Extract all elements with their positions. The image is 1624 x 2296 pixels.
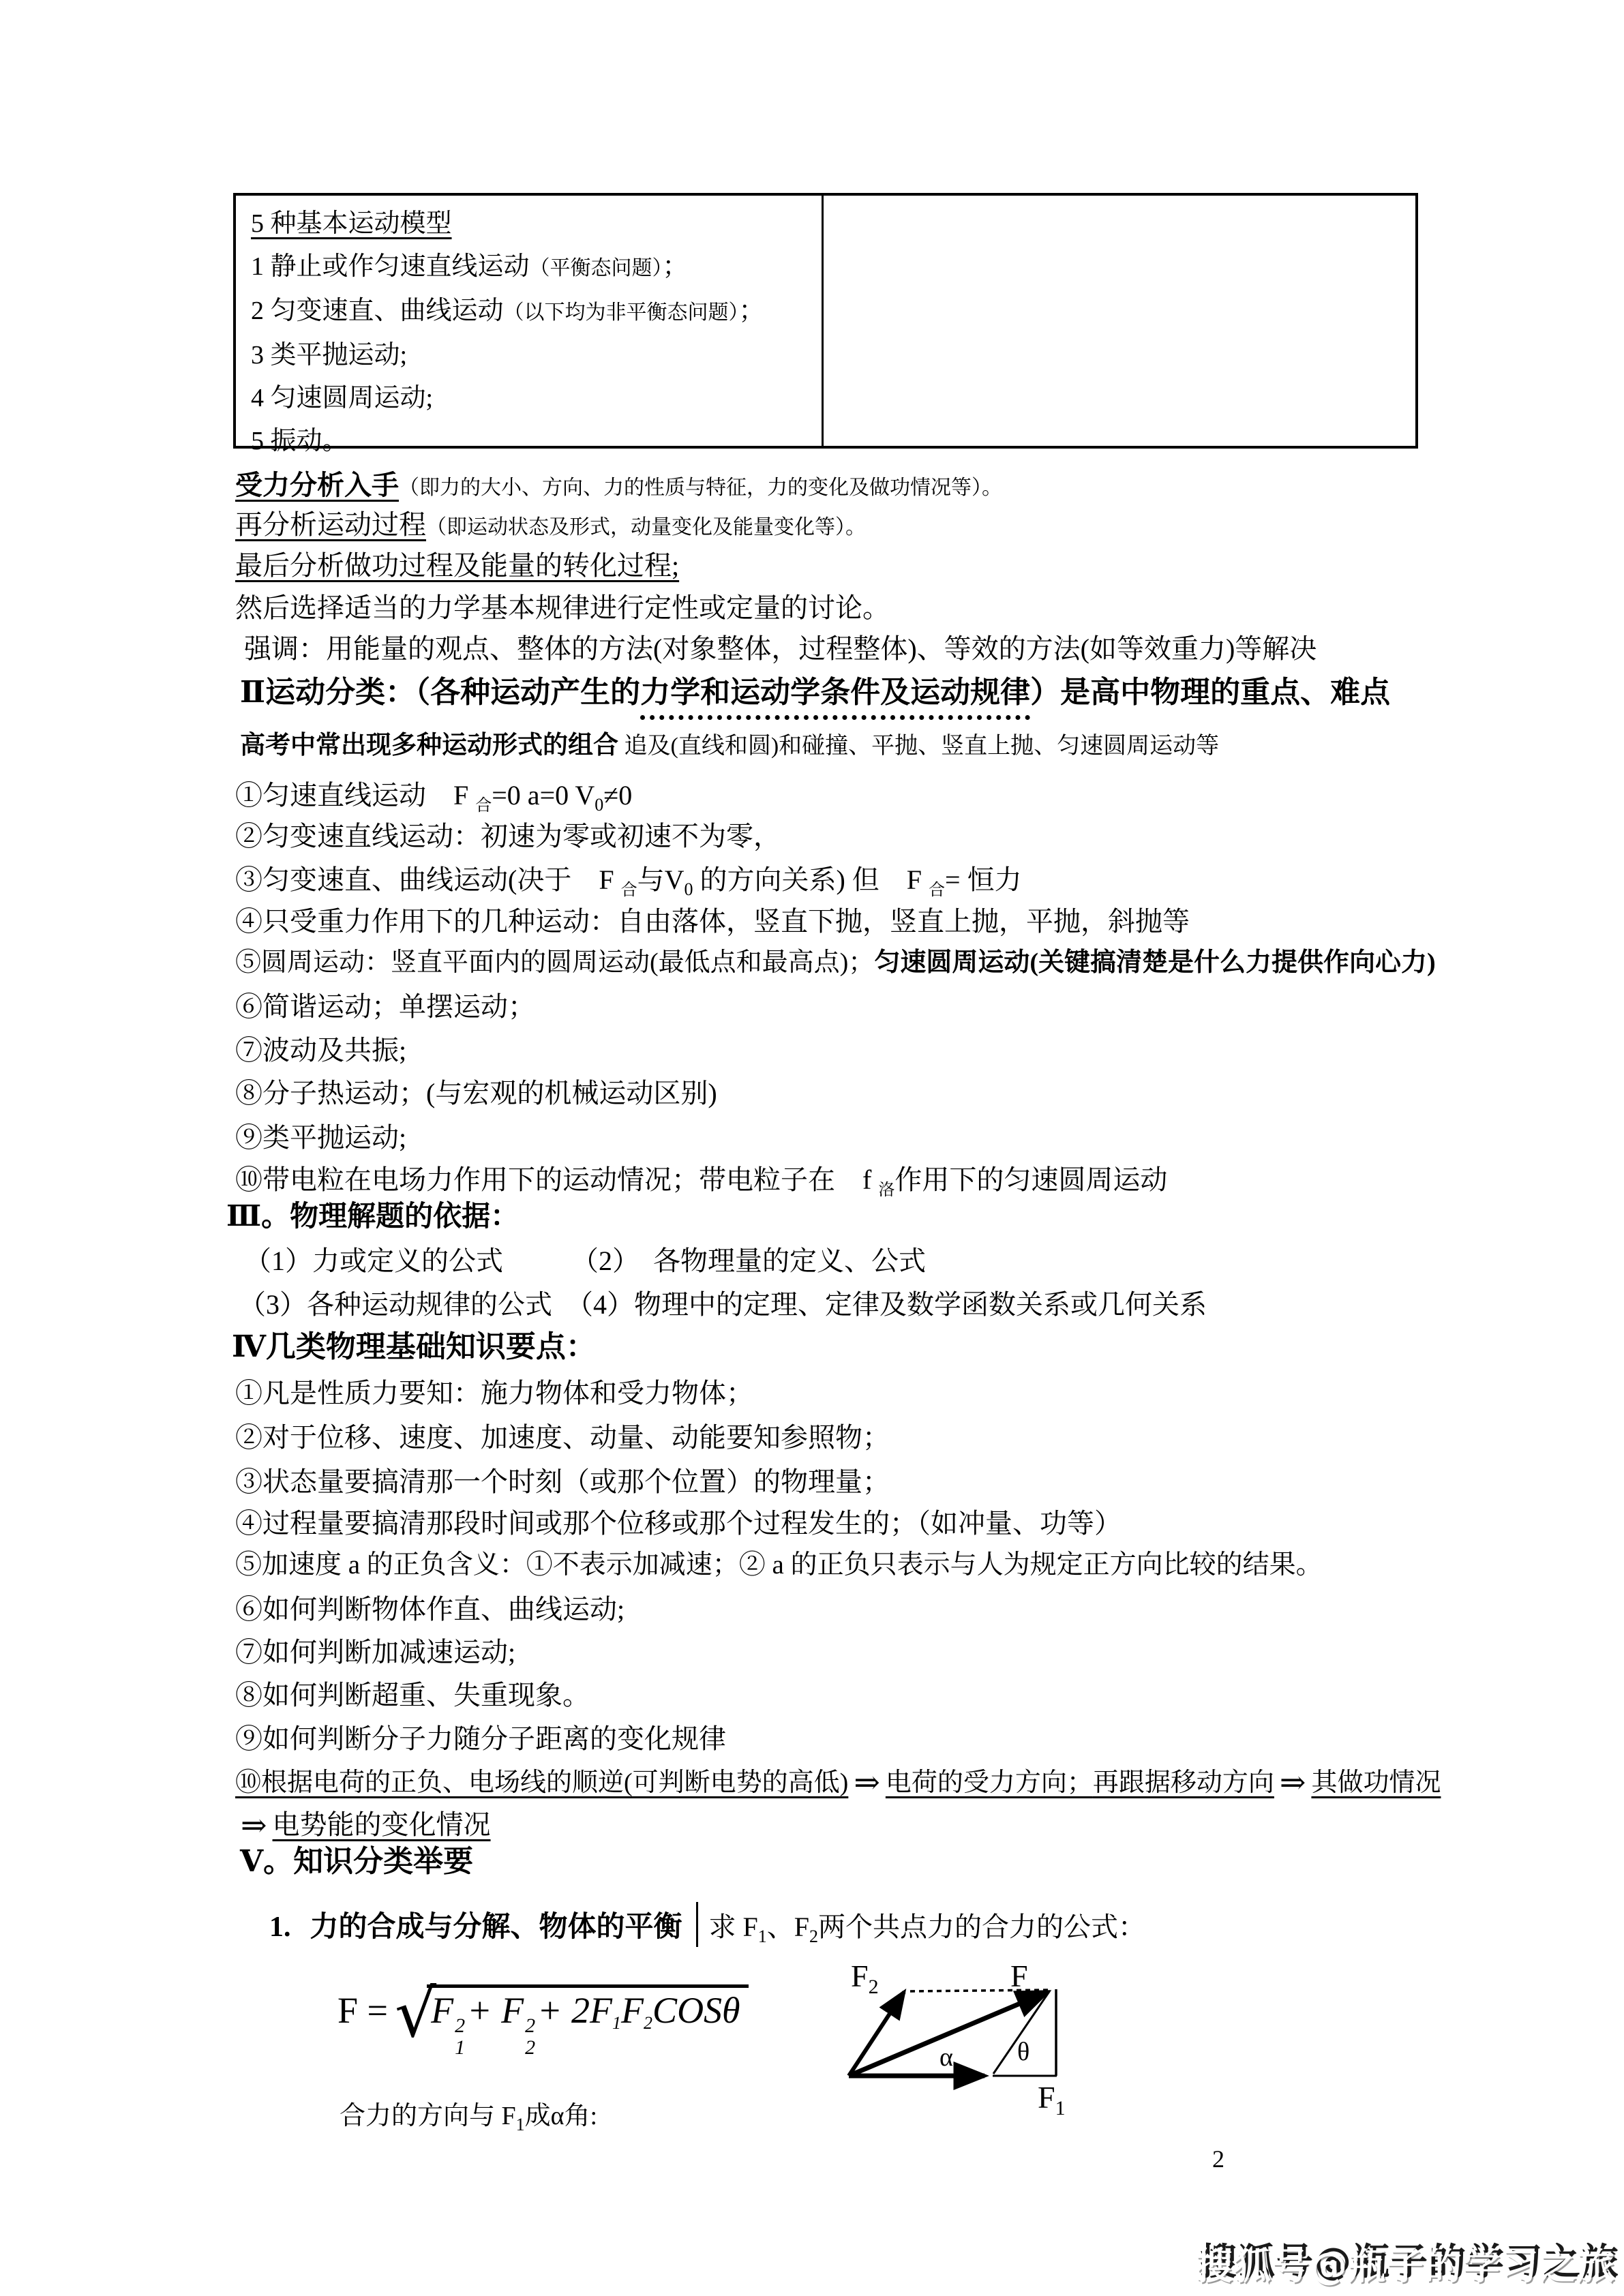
page-number: 2 bbox=[1212, 2145, 1224, 2173]
double-arrow-icon: ⇒ bbox=[241, 1808, 267, 1843]
list-item-10: ⑩带电粒在电场力作用下的运动情况；带电粒子在 f 洛作用下的匀速圆周运动 bbox=[235, 1164, 1167, 1200]
formula-caption: 合力的方向与 F1成α角: bbox=[340, 2101, 597, 2135]
vertical-rule bbox=[696, 1902, 698, 1947]
document-page: 5 种基本运动模型 1 静止或作匀速直线运动（平衡态问题）； 2 匀变速直、曲线… bbox=[0, 0, 1624, 2296]
heading-section-4: Ⅳ几类物理基础知识要点： bbox=[232, 1329, 596, 1365]
label-f1: F1 bbox=[1038, 2079, 1066, 2120]
points-item-6: ⑥如何判断物体作直、曲线运动; bbox=[235, 1593, 625, 1626]
label-f2: F2 bbox=[851, 1958, 879, 1999]
points-item-9: ⑨如何判断分子力随分子距离的变化规律 bbox=[235, 1723, 726, 1755]
double-arrow-icon: ⇒ bbox=[1280, 1765, 1306, 1800]
points-item-10-cont: ⇒电势能的变化情况 bbox=[235, 1807, 491, 1844]
paragraph-work-energy: 最后分析做功过程及能量的转化过程; bbox=[235, 549, 679, 582]
empty-table-cell bbox=[824, 196, 1415, 446]
heading-section-5: Ⅴ。知识分类举要 bbox=[240, 1844, 473, 1880]
points-item-8: ⑧如何判断超重、失重现象。 bbox=[235, 1679, 590, 1712]
list-item-4: ④只受重力作用下的几种运动：自由落体，竖直下抛，竖直上抛，平抛，斜抛等 bbox=[235, 905, 1190, 938]
points-item-1: ①凡是性质力要知：施力物体和受力物体； bbox=[235, 1377, 753, 1410]
heading-section-2: Ⅱ运动分类：（各种运动产生的力学和运动学条件及运动规律）是高中物理的重点、难点 bbox=[240, 675, 1390, 711]
table-title: 5 种基本运动模型 bbox=[251, 202, 822, 245]
paragraph-gaokao-combos: 高考中常出现多种运动形式的组合 追及(直线和圆)和碰撞、平抛、竖直上抛、匀速圆周… bbox=[240, 731, 1219, 761]
label-f: F bbox=[1010, 1958, 1028, 1994]
motion-models-cell: 5 种基本运动模型 1 静止或作匀速直线运动（平衡态问题）； 2 匀变速直、曲线… bbox=[236, 196, 824, 446]
table-row: 5 振动。 bbox=[251, 420, 822, 463]
list-item-8: ⑧分子热运动；(与宏观的机械运动区别) bbox=[235, 1077, 717, 1110]
list-item-1: ①匀速直线运动 F 合=0 a=0 V0≠0 bbox=[235, 779, 632, 816]
topic-1-heading: 1.力的合成与分解、物体的平衡求 F1、F2两个共点力的合力的公式： bbox=[269, 1902, 1145, 1947]
label-theta: θ bbox=[1017, 2037, 1029, 2067]
list-item-3: ③匀变速直、曲线运动(决于 F 合与V0 的方向关系) 但 F 合= 恒力 bbox=[235, 864, 1022, 901]
heading-section-3: Ⅲ。物理解题的依据： bbox=[226, 1200, 519, 1234]
watermark: 搜狐号@瓶子的学习之旅 bbox=[1196, 2237, 1616, 2290]
points-item-2: ②对于位移、速度、加速度、动量、动能要知参照物； bbox=[235, 1421, 890, 1454]
motion-models-table: 5 种基本运动模型 1 静止或作匀速直线运动（平衡态问题）； 2 匀变速直、曲线… bbox=[233, 193, 1418, 449]
points-item-4: ④过程量要搞清那段时间或那个位移或那个过程发生的；（如冲量、功等） bbox=[235, 1507, 1122, 1540]
formula-radicand: F21+ F22+ 2F1F2COSθ bbox=[427, 1984, 748, 2062]
points-item-10: ⑩根据电荷的正负、电场线的顺逆(可判断电势的高低)⇒电荷的受力方向；再跟据移动方… bbox=[235, 1764, 1441, 1801]
label-alpha: α bbox=[939, 2042, 953, 2072]
table-row: 1 静止或作匀速直线运动（平衡态问题）； bbox=[251, 245, 822, 290]
paragraph-basis-1-2: （1）力或定义的公式 （2） 各物理量的定义、公式 bbox=[244, 1245, 926, 1278]
resultant-force-formula: F =√F21+ F22+ 2F1F2COSθ bbox=[337, 1976, 749, 2062]
table-title-text: 5 种基本运动模型 bbox=[251, 209, 452, 238]
paragraph-motion-analysis: 再分析运动过程（即运动状态及形式，动量变化及能量变化等）。 bbox=[235, 509, 866, 541]
table-row: 3 类平抛运动; bbox=[251, 334, 822, 377]
points-item-7: ⑦如何判断加减速运动; bbox=[235, 1636, 515, 1669]
list-item-2: ②匀变速直线运动：初速为零或初速不为零， bbox=[235, 820, 781, 853]
table-row: 2 匀变速直、曲线运动（以下均为非平衡态问题）； bbox=[251, 290, 822, 334]
points-item-3: ③状态量要搞清那一个时刻（或那个位置）的物理量； bbox=[235, 1466, 890, 1498]
list-item-5: ⑤圆周运动：竖直平面内的圆周运动(最低点和最高点)；匀速圆周运动(关键搞清楚是什… bbox=[235, 948, 1436, 979]
paragraph-emphasis: 强调：用能量的观点、整体的方法(对象整体，过程整体)、等效的方法(如等效重力)等… bbox=[244, 633, 1317, 665]
list-item-7: ⑦波动及共振; bbox=[235, 1034, 406, 1067]
paragraph-choose-law: 然后选择适当的力学基本规律进行定性或定量的讨论。 bbox=[235, 592, 890, 624]
list-item-6: ⑥简谐运动；单摆运动； bbox=[235, 991, 535, 1023]
table-row: 4 匀速圆周运动; bbox=[251, 377, 822, 420]
double-arrow-icon: ⇒ bbox=[854, 1765, 880, 1800]
points-item-5: ⑤加速度 a 的正负含义：①不表示加减速；② a 的正负只表示与人为规定正方向比… bbox=[235, 1550, 1323, 1582]
list-item-9: ⑨类平抛运动; bbox=[235, 1121, 406, 1154]
paragraph-force-analysis: 受力分析入手（即力的大小、方向、力的性质与特征，力的变化及做功情况等）。 bbox=[235, 469, 1002, 502]
paragraph-basis-3-4: （3）各种运动规律的公式 （4）物理中的定理、定律及数学函数关系或几何关系 bbox=[239, 1288, 1207, 1321]
